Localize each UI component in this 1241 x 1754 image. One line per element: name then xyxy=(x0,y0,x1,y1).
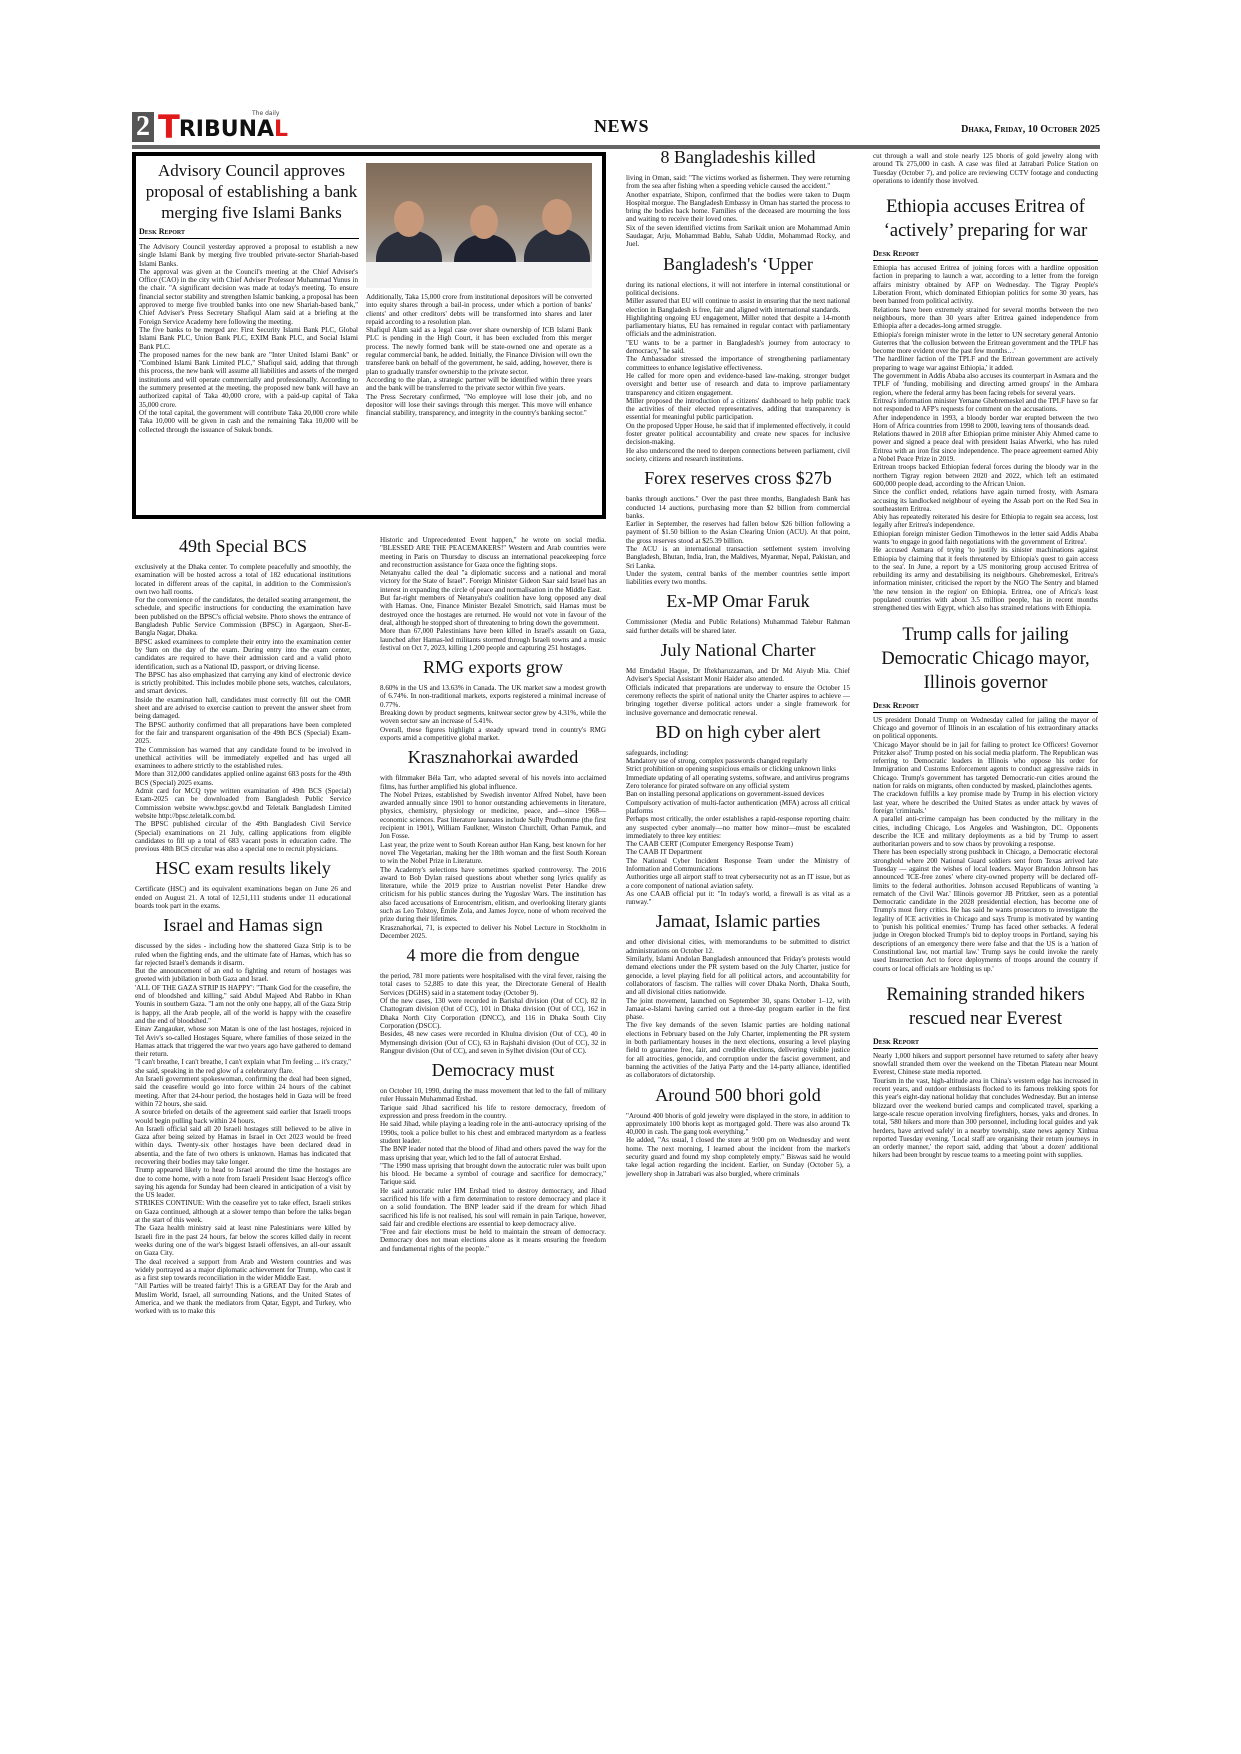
paragraph: Relations thawed in 2018 after Ethiopian… xyxy=(873,430,1098,463)
column-4: cut through a wall and stole nearly 125 … xyxy=(873,152,1098,1160)
paragraph: Tourism in the vast, high-altitude area … xyxy=(873,1077,1098,1160)
article-headline: Democracy must xyxy=(380,1059,606,1081)
paragraph: and other divisional cities, with memora… xyxy=(626,938,850,955)
paragraph: "All Parties will be treated fairly! Thi… xyxy=(135,1282,351,1315)
paragraph: The National Cyber Incident Response Tea… xyxy=(626,857,850,874)
article-body: US president Donald Trump on Wednesday c… xyxy=(873,716,1098,973)
paragraph: The crackdown fulfills a key promise mad… xyxy=(873,790,1098,815)
paragraph: More than 67,000 Palestinians have been … xyxy=(380,627,606,652)
paragraph: safeguards, including: xyxy=(626,749,850,757)
article-trump-chicago: Trump calls for jailing Democratic Chica… xyxy=(873,623,1098,973)
article-body: safeguards, including: Mandatory use of … xyxy=(626,749,850,907)
paragraph: Eritrea's information minister Yemane Gh… xyxy=(873,397,1098,414)
article-headline: 8 Bangladeshis killed xyxy=(626,146,850,168)
column-1: 49th Special BCS exclusively at the Dhak… xyxy=(135,531,351,1316)
photo-table xyxy=(366,262,592,288)
paragraph: The BPSC published circular of the 49th … xyxy=(135,820,351,853)
photo-head-left xyxy=(394,201,424,237)
paragraph: The government in Addis Ababa also accus… xyxy=(873,372,1098,397)
article-krasznahorkai: Krasznahorkai awarded with filmmaker Bél… xyxy=(380,746,606,940)
paragraph: discussed by the sides - including how t… xyxy=(135,942,351,967)
paragraph: 'Chicago Mayor should be in jail for fai… xyxy=(873,741,1098,791)
article-ethiopia-eritrea: Ethiopia accuses Eritrea of ‘actively’ p… xyxy=(873,195,1098,612)
lead-body-col1: The Advisory Council yesterday approved … xyxy=(139,243,358,434)
paragraph: Strict prohibition on opening suspicious… xyxy=(626,765,850,773)
article-headline: July National Charter xyxy=(626,639,850,661)
article-49th-bcs: 49th Special BCS exclusively at the Dhak… xyxy=(135,535,351,853)
paragraph: The ACU is an international transaction … xyxy=(626,545,850,570)
paragraph: The Gaza health ministry said at least n… xyxy=(135,1224,351,1257)
paragraph: Einav Zangauker, whose son Matan is one … xyxy=(135,1025,351,1058)
paragraph: Immediate updating of all operating syst… xyxy=(626,774,850,782)
logo-tagline: The daily xyxy=(252,110,279,117)
paragraph: But far-right members of Netanyahu's coa… xyxy=(380,594,606,627)
paragraph: the period, 781 more patients were hospi… xyxy=(380,972,606,997)
paragraph: Besides, 48 new cases were recorded in K… xyxy=(380,1030,606,1055)
logo-number: 2 xyxy=(132,112,154,142)
paragraph: Miller proposed the introduction of a ci… xyxy=(626,397,850,422)
article-body: discussed by the sides - including how t… xyxy=(135,942,351,1315)
column-2: Historic and Unprecedented Event happen,… xyxy=(380,536,606,1253)
article-bangladeshis-killed: 8 Bangladeshis killed living in Oman, sa… xyxy=(626,146,850,249)
paragraph: He added, "As usual, I closed the store … xyxy=(626,1136,850,1177)
article-democracy: Democracy must on October 10, 1990, duri… xyxy=(380,1059,606,1253)
paragraph: The Press Secretary confirmed, "No emplo… xyxy=(366,393,592,418)
paragraph: on October 10, 1990, during the mass mov… xyxy=(380,1087,606,1104)
article-headline: Ethiopia accuses Eritrea of ‘actively’ p… xyxy=(873,195,1098,243)
paragraph: Ethiopia has accused Eritrea of joining … xyxy=(873,264,1098,305)
logo-letter-t: T xyxy=(158,112,179,142)
article-gold-cont: cut through a wall and stole nearly 125 … xyxy=(873,152,1098,185)
paragraph: Compulsory activation of multi-factor au… xyxy=(626,799,850,816)
article-body: banks through auctions." Over the past t… xyxy=(626,495,850,586)
paragraph: Six of the seven identified victims from… xyxy=(626,224,850,249)
article-body: Historic and Unprecedented Event happen,… xyxy=(380,536,606,652)
article-ex-mp: Ex-MP Omar Faruk Commissioner (Media and… xyxy=(626,590,850,635)
paragraph: banks through auctions." Over the past t… xyxy=(626,495,850,520)
paragraph: The BPSC has also emphasized that carryi… xyxy=(135,671,351,696)
paragraph: Similarly, Islami Andolan Bangladesh ann… xyxy=(626,955,850,996)
paragraph: Ban on installing personal applications … xyxy=(626,790,850,798)
article-headline: 49th Special BCS xyxy=(135,535,351,557)
paragraph: More than 312,000 candidates applied onl… xyxy=(135,770,351,787)
paragraph: Trump appeared likely to head to Israel … xyxy=(135,1166,351,1199)
lead-story-box: Advisory Council approves proposal of es… xyxy=(132,152,606,519)
article-headline: Ex-MP Omar Faruk xyxy=(626,590,850,612)
paragraph: As one CAAB official put it: "In today's… xyxy=(626,890,850,907)
paragraph: The joint movement, launched on Septembe… xyxy=(626,997,850,1022)
paragraph: He said autocratic ruler HM Ershad tried… xyxy=(380,1187,606,1228)
paragraph: exclusively at the Dhaka center. To comp… xyxy=(135,563,351,596)
paragraph: He also underscored the need to deepen c… xyxy=(626,447,850,464)
paragraph: The five banks to be merged are: First S… xyxy=(139,326,358,351)
photo-head-center xyxy=(470,205,498,239)
article-headline: Trump calls for jailing Democratic Chica… xyxy=(873,623,1098,695)
paragraph: Earlier in September, the reserves had f… xyxy=(626,520,850,545)
article-body: Nearly 1,000 hikers and support personne… xyxy=(873,1052,1098,1160)
article-jamaat-islamic: Jamaat, Islamic parties and other divisi… xyxy=(626,910,850,1079)
article-headline: Jamaat, Islamic parties xyxy=(626,910,850,932)
article-body: living in Oman, said: "The victims worke… xyxy=(626,174,850,249)
article-byline: Desk Report xyxy=(873,249,1098,261)
article-body: on October 10, 1990, during the mass mov… xyxy=(380,1087,606,1253)
article-dengue: 4 more die from dengue the period, 781 m… xyxy=(380,944,606,1055)
article-headline: Israel and Hamas sign xyxy=(135,914,351,936)
paragraph: during its national elections, it will n… xyxy=(626,281,850,298)
paragraph: "I can't breathe, I can't breathe, I can… xyxy=(135,1058,351,1075)
article-july-charter: July National Charter Md Emdadul Haque, … xyxy=(626,639,850,717)
article-body: and other divisional cities, with memora… xyxy=(626,938,850,1079)
paragraph: A parallel anti-crime campaign has been … xyxy=(873,815,1098,848)
paragraph: The Advisory Council yesterday approved … xyxy=(139,243,358,268)
paragraph: Commissioner (Media and Public Relations… xyxy=(626,618,850,635)
article-headline: BD on high cyber alert xyxy=(626,721,850,743)
paragraph: The BNP leader noted that the blood of J… xyxy=(380,1145,606,1162)
paragraph: Of the total capital, the government wil… xyxy=(139,409,358,434)
paragraph: Relations have been extremely strained f… xyxy=(873,306,1098,331)
paragraph: "The 1990 mass uprising that brought dow… xyxy=(380,1162,606,1187)
paragraph: After independence in 1993, a bloody bor… xyxy=(873,414,1098,431)
paragraph: Krasznahorkai, 71, is expected to delive… xyxy=(380,924,606,941)
paragraph: The five key demands of the seven Islami… xyxy=(626,1021,850,1079)
paragraph: US president Donald Trump on Wednesday c… xyxy=(873,716,1098,741)
article-rmg-exports: RMG exports grow 8.60% in the US and 13.… xyxy=(380,656,606,742)
article-body: exclusively at the Dhaka center. To comp… xyxy=(135,563,351,853)
paragraph: Highlighting ongoing EU engagement, Mill… xyxy=(626,314,850,339)
article-body: Commissioner (Media and Public Relations… xyxy=(626,618,850,635)
paragraph: BPSC asked examinees to complete their e… xyxy=(135,638,351,671)
paragraph: A source briefed on details of the agree… xyxy=(135,1108,351,1125)
paragraph: The approval was given at the Council's … xyxy=(139,268,358,326)
paragraph: He said Jihad, while playing a leading r… xyxy=(380,1120,606,1145)
article-headline: Bangladesh's ‘Upper xyxy=(626,253,850,275)
paragraph: 8.60% in the US and 13.63% in Canada. Th… xyxy=(380,684,606,709)
paragraph: living in Oman, said: "The victims worke… xyxy=(626,174,850,191)
paragraph: The proposed names for the new bank are … xyxy=(139,351,358,409)
paragraph: Ethiopian foreign minister Gedion Timoth… xyxy=(873,530,1098,547)
paragraph: Breaking down by product segments, knitw… xyxy=(380,709,606,726)
paragraph: Historic and Unprecedented Event happen,… xyxy=(380,536,606,569)
article-body: "Around 400 bhoris of gold jewelry were … xyxy=(626,1112,850,1178)
article-body: Ethiopia has accused Eritrea of joining … xyxy=(873,264,1098,612)
paragraph: The BPSC authority confirmed that all pr… xyxy=(135,721,351,746)
paragraph: But the announcement of an end to fighti… xyxy=(135,967,351,984)
article-headline: RMG exports grow xyxy=(380,656,606,678)
article-body: Md Emdadul Haque, Dr Iftekharuzzaman, an… xyxy=(626,667,850,717)
article-headline: Around 500 bhori gold xyxy=(626,1084,850,1106)
paragraph: The Academy's selections have sometimes … xyxy=(380,866,606,924)
paragraph: Md Emdadul Haque, Dr Iftekharuzzaman, an… xyxy=(626,667,850,684)
paragraph: 'The hardliner faction of the TPLF and t… xyxy=(873,355,1098,372)
paragraph: Certificate (HSC) and its equivalent exa… xyxy=(135,885,351,910)
section-title: NEWS xyxy=(594,116,649,137)
paragraph: Nearly 1,000 hikers and support personne… xyxy=(873,1052,1098,1077)
logo-letter-l: L xyxy=(274,118,288,142)
paragraph: The deal received a support from Arab an… xyxy=(135,1258,351,1283)
paragraph: Of the new cases, 130 were recorded in B… xyxy=(380,997,606,1030)
paragraph: STRIKES CONTINUE: With the ceasefire yet… xyxy=(135,1199,351,1224)
article-body: Certificate (HSC) and its equivalent exa… xyxy=(135,885,351,910)
paragraph: The Commission has warned that any candi… xyxy=(135,746,351,771)
paragraph: Eritrean troops backed Ethiopian federal… xyxy=(873,463,1098,488)
paragraph: "Around 400 bhoris of gold jewelry were … xyxy=(626,1112,850,1137)
article-byline: Desk Report xyxy=(873,701,1098,713)
paragraph: Inside the examination hall, candidates … xyxy=(135,696,351,721)
paragraph: Ethiopia's foreign minister wrote in the… xyxy=(873,331,1098,356)
paragraph: An Israeli government spokeswoman, confi… xyxy=(135,1075,351,1108)
logo-wordmark: RIBUNA xyxy=(179,118,274,142)
article-body: 8.60% in the US and 13.63% in Canada. Th… xyxy=(380,684,606,742)
newspaper-logo: 2 T RIBUNA L The daily xyxy=(132,112,288,142)
article-upper-house: Bangladesh's ‘Upper during its national … xyxy=(626,253,850,464)
paragraph: cut through a wall and stole nearly 125 … xyxy=(873,152,1098,185)
article-body: cut through a wall and stole nearly 125 … xyxy=(873,152,1098,185)
paragraph: The CAAB IT Department xyxy=(626,848,850,856)
paragraph: He called for more open and evidence-bas… xyxy=(626,372,850,397)
paragraph: Mandatory use of strong, complex passwor… xyxy=(626,757,850,765)
paragraph: The Nobel Prizes, established by Swedish… xyxy=(380,791,606,841)
photo-head-right xyxy=(542,199,572,235)
paragraph: On the proposed Upper House, he said tha… xyxy=(626,422,850,447)
paragraph: The Ambassador stressed the importance o… xyxy=(626,355,850,372)
article-byline: Desk Report xyxy=(873,1037,1098,1049)
paragraph: Overall, these figures highlight a stead… xyxy=(380,726,606,743)
paragraph: 'ALL OF THE GAZA STRIP IS HAPPY': "Thank… xyxy=(135,984,351,1025)
article-israel-hamas-cont: Historic and Unprecedented Event happen,… xyxy=(380,536,606,652)
paragraph: Additionally, Taka 15,000 crore from ins… xyxy=(366,293,592,326)
paragraph: Admit card for MCQ type written examinat… xyxy=(135,787,351,820)
paragraph: He accused Asmara of trying 'to justify … xyxy=(873,546,1098,612)
lead-byline: Desk Report xyxy=(139,227,359,239)
masthead-rule xyxy=(132,145,1100,149)
lead-photo xyxy=(366,163,592,288)
masthead: 2 T RIBUNA L The daily NEWS Dhaka, Frida… xyxy=(132,112,1100,142)
paragraph: There has been especially strong pushbac… xyxy=(873,848,1098,972)
article-israel-hamas: Israel and Hamas sign discussed by the s… xyxy=(135,914,351,1315)
paragraph: Since the conflict ended, relations have… xyxy=(873,488,1098,513)
paragraph: For the convenience of the candidates, t… xyxy=(135,596,351,637)
article-headline: Krasznahorkai awarded xyxy=(380,746,606,768)
paragraph: "Free and fair elections must be held to… xyxy=(380,1228,606,1253)
paragraph: Authorities urge all airport staff to tr… xyxy=(626,873,850,890)
paragraph: Netanyahu called the deal "a diplomatic … xyxy=(380,569,606,594)
paragraph: The CAAB CERT (Computer Emergency Respon… xyxy=(626,840,850,848)
paragraph: Tarique said Jihad sacrificed his life t… xyxy=(380,1104,606,1121)
paragraph: Perhaps most critically, the order estab… xyxy=(626,815,850,840)
article-cyber-alert: BD on high cyber alert safeguards, inclu… xyxy=(626,721,850,907)
paragraph: Abiy has repeatedly reiterated his desir… xyxy=(873,513,1098,530)
article-body: during its national elections, it will n… xyxy=(626,281,850,464)
article-headline: 4 more die from dengue xyxy=(380,944,606,966)
paragraph: According to the plan, a strategic partn… xyxy=(366,376,592,393)
paragraph: Shafiqul Alam said as a legal case over … xyxy=(366,326,592,376)
article-bhori-gold: Around 500 bhori gold "Around 400 bhoris… xyxy=(626,1084,850,1178)
article-headline: Forex reserves cross $27b xyxy=(626,467,850,489)
lead-headline: Advisory Council approves proposal of es… xyxy=(144,160,359,223)
paragraph: Miller assured that EU will continue to … xyxy=(626,297,850,314)
paragraph: Last year, the prize went to South Korea… xyxy=(380,841,606,866)
column-3: 8 Bangladeshis killed living in Oman, sa… xyxy=(626,142,850,1178)
paragraph: "EU wants to be a partner in Bangladesh'… xyxy=(626,339,850,356)
lead-body-col2: Additionally, Taka 15,000 crore from ins… xyxy=(366,293,592,417)
article-body: the period, 781 more patients were hospi… xyxy=(380,972,606,1055)
paragraph: Officials indicated that preparations ar… xyxy=(626,684,850,717)
newspaper-page: 2 T RIBUNA L The daily NEWS Dhaka, Frida… xyxy=(0,0,1241,1754)
paragraph: with filmmaker Béla Tarr, who adapted se… xyxy=(380,774,606,791)
dateline: Dhaka, Friday, 10 October 2025 xyxy=(961,124,1100,135)
article-headline: Remaining stranded hikers rescued near E… xyxy=(873,983,1098,1031)
article-hsc-results: HSC exam results likely Certificate (HSC… xyxy=(135,857,351,910)
article-body: with filmmaker Béla Tarr, who adapted se… xyxy=(380,774,606,940)
article-everest-hikers: Remaining stranded hikers rescued near E… xyxy=(873,983,1098,1160)
paragraph: Under the system, central banks of the m… xyxy=(626,570,850,587)
paragraph: An Israeli official said all 20 Israeli … xyxy=(135,1125,351,1166)
paragraph: Another expatriate, Shipon, confirmed th… xyxy=(626,191,850,224)
paragraph: Zero tolerance for pirated software on a… xyxy=(626,782,850,790)
article-forex-reserves: Forex reserves cross $27b banks through … xyxy=(626,467,850,586)
article-headline: HSC exam results likely xyxy=(135,857,351,879)
